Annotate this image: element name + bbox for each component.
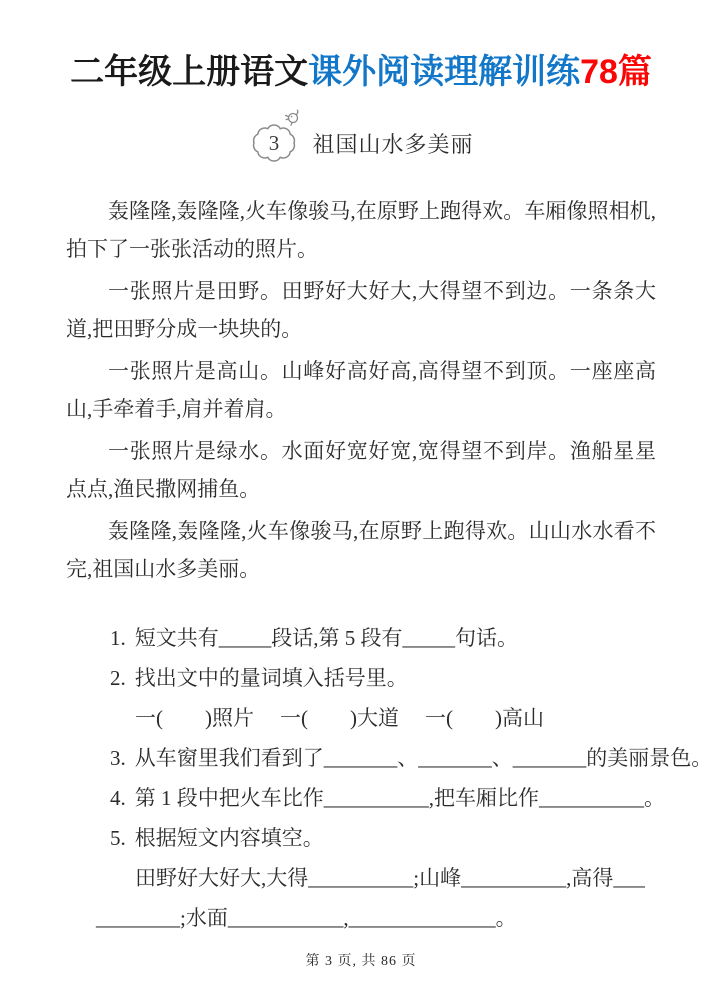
question-2-text: 找出文中的量词填入括号里。 <box>135 666 408 690</box>
question-list: 1.短文共有_____段话,第 5 段有_____句话。 2.找出文中的量词填入… <box>110 618 666 938</box>
question-4-number: 4. <box>110 786 126 810</box>
question-5-number: 5. <box>110 826 126 850</box>
section-title: 祖国山水多美丽 <box>312 128 473 159</box>
page-title: 二年级上册语文课外阅读理解训练78篇 <box>0 50 722 94</box>
bird-eye-dot <box>291 116 293 118</box>
question-3-text: 从车窗里我们看到了_______、_______、_______的美丽景色。 <box>135 746 713 770</box>
question-1-text: 短文共有_____段话,第 5 段有_____句话。 <box>135 626 518 650</box>
cloud-badge-icon: 3 <box>248 109 306 165</box>
question-5-fill-line-2: ________;水面___________,______________。 <box>96 898 666 938</box>
question-1: 1.短文共有_____段话,第 5 段有_____句话。 <box>110 618 666 658</box>
question-4: 4.第 1 段中把火车比作__________,把车厢比作__________。 <box>110 778 666 818</box>
question-2-number: 2. <box>110 666 126 690</box>
question-5: 5.根据短文内容填空。 <box>110 818 666 858</box>
question-3: 3.从车窗里我们看到了_______、_______、_______的美丽景色。 <box>110 738 666 778</box>
section-number: 3 <box>269 131 280 155</box>
question-5-fill-line-1: 田野好大好大,大得__________;山峰__________,高得___ <box>110 858 666 898</box>
question-4-text: 第 1 段中把火车比作__________,把车厢比作__________。 <box>135 786 665 810</box>
question-3-number: 3. <box>110 746 126 770</box>
question-5-text: 根据短文内容填空。 <box>135 826 324 850</box>
title-part-training: 课外阅读理解训练 <box>308 53 580 91</box>
question-1-number: 1. <box>110 626 126 650</box>
title-part-grade: 二年级上册语文 <box>70 53 308 91</box>
worksheet-page: 二年级上册语文课外阅读理解训练78篇 3 祖国山水多美丽 <box>0 0 722 1006</box>
section-number-badge: 3 <box>248 109 306 165</box>
passage-paragraph-2: 一张照片是田野。田野好大好大,大得望不到边。一条条大道,把田野分成一块块的。 <box>66 272 656 348</box>
page-number-footer: 第 3 页, 共 86 页 <box>0 950 722 970</box>
question-2: 2.找出文中的量词填入括号里。 <box>110 658 666 698</box>
question-2-options: 一( )照片 一( )大道 一( )高山 <box>110 698 666 738</box>
passage-paragraph-5: 轰隆隆,轰隆隆,火车像骏马,在原野上跑得欢。山山水水看不完,祖国山水多美丽。 <box>66 512 656 588</box>
passage-paragraph-3: 一张照片是高山。山峰好高好高,高得望不到顶。一座座高山,手牵着手,肩并着肩。 <box>66 352 656 428</box>
doodle-bird-icon <box>286 110 298 125</box>
passage-paragraph-4: 一张照片是绿水。水面好宽好宽,宽得望不到岸。渔船星星点点,渔民撒网捕鱼。 <box>66 432 656 508</box>
title-part-count: 78篇 <box>580 53 652 91</box>
passage-paragraph-1: 轰隆隆,轰隆隆,火车像骏马,在原野上跑得欢。车厢像照相机,拍下了一张张活动的照片… <box>66 192 656 268</box>
passage: 轰隆隆,轰隆隆,火车像骏马,在原野上跑得欢。车厢像照相机,拍下了一张张活动的照片… <box>66 192 656 588</box>
section-heading-row: 3 祖国山水多美丽 <box>0 108 722 166</box>
quantifier-blank-mountain: 一( )高山 <box>425 698 544 738</box>
quantifier-blank-photo: 一( )照片 <box>135 698 254 738</box>
quantifier-blank-road: 一( )大道 <box>280 698 399 738</box>
